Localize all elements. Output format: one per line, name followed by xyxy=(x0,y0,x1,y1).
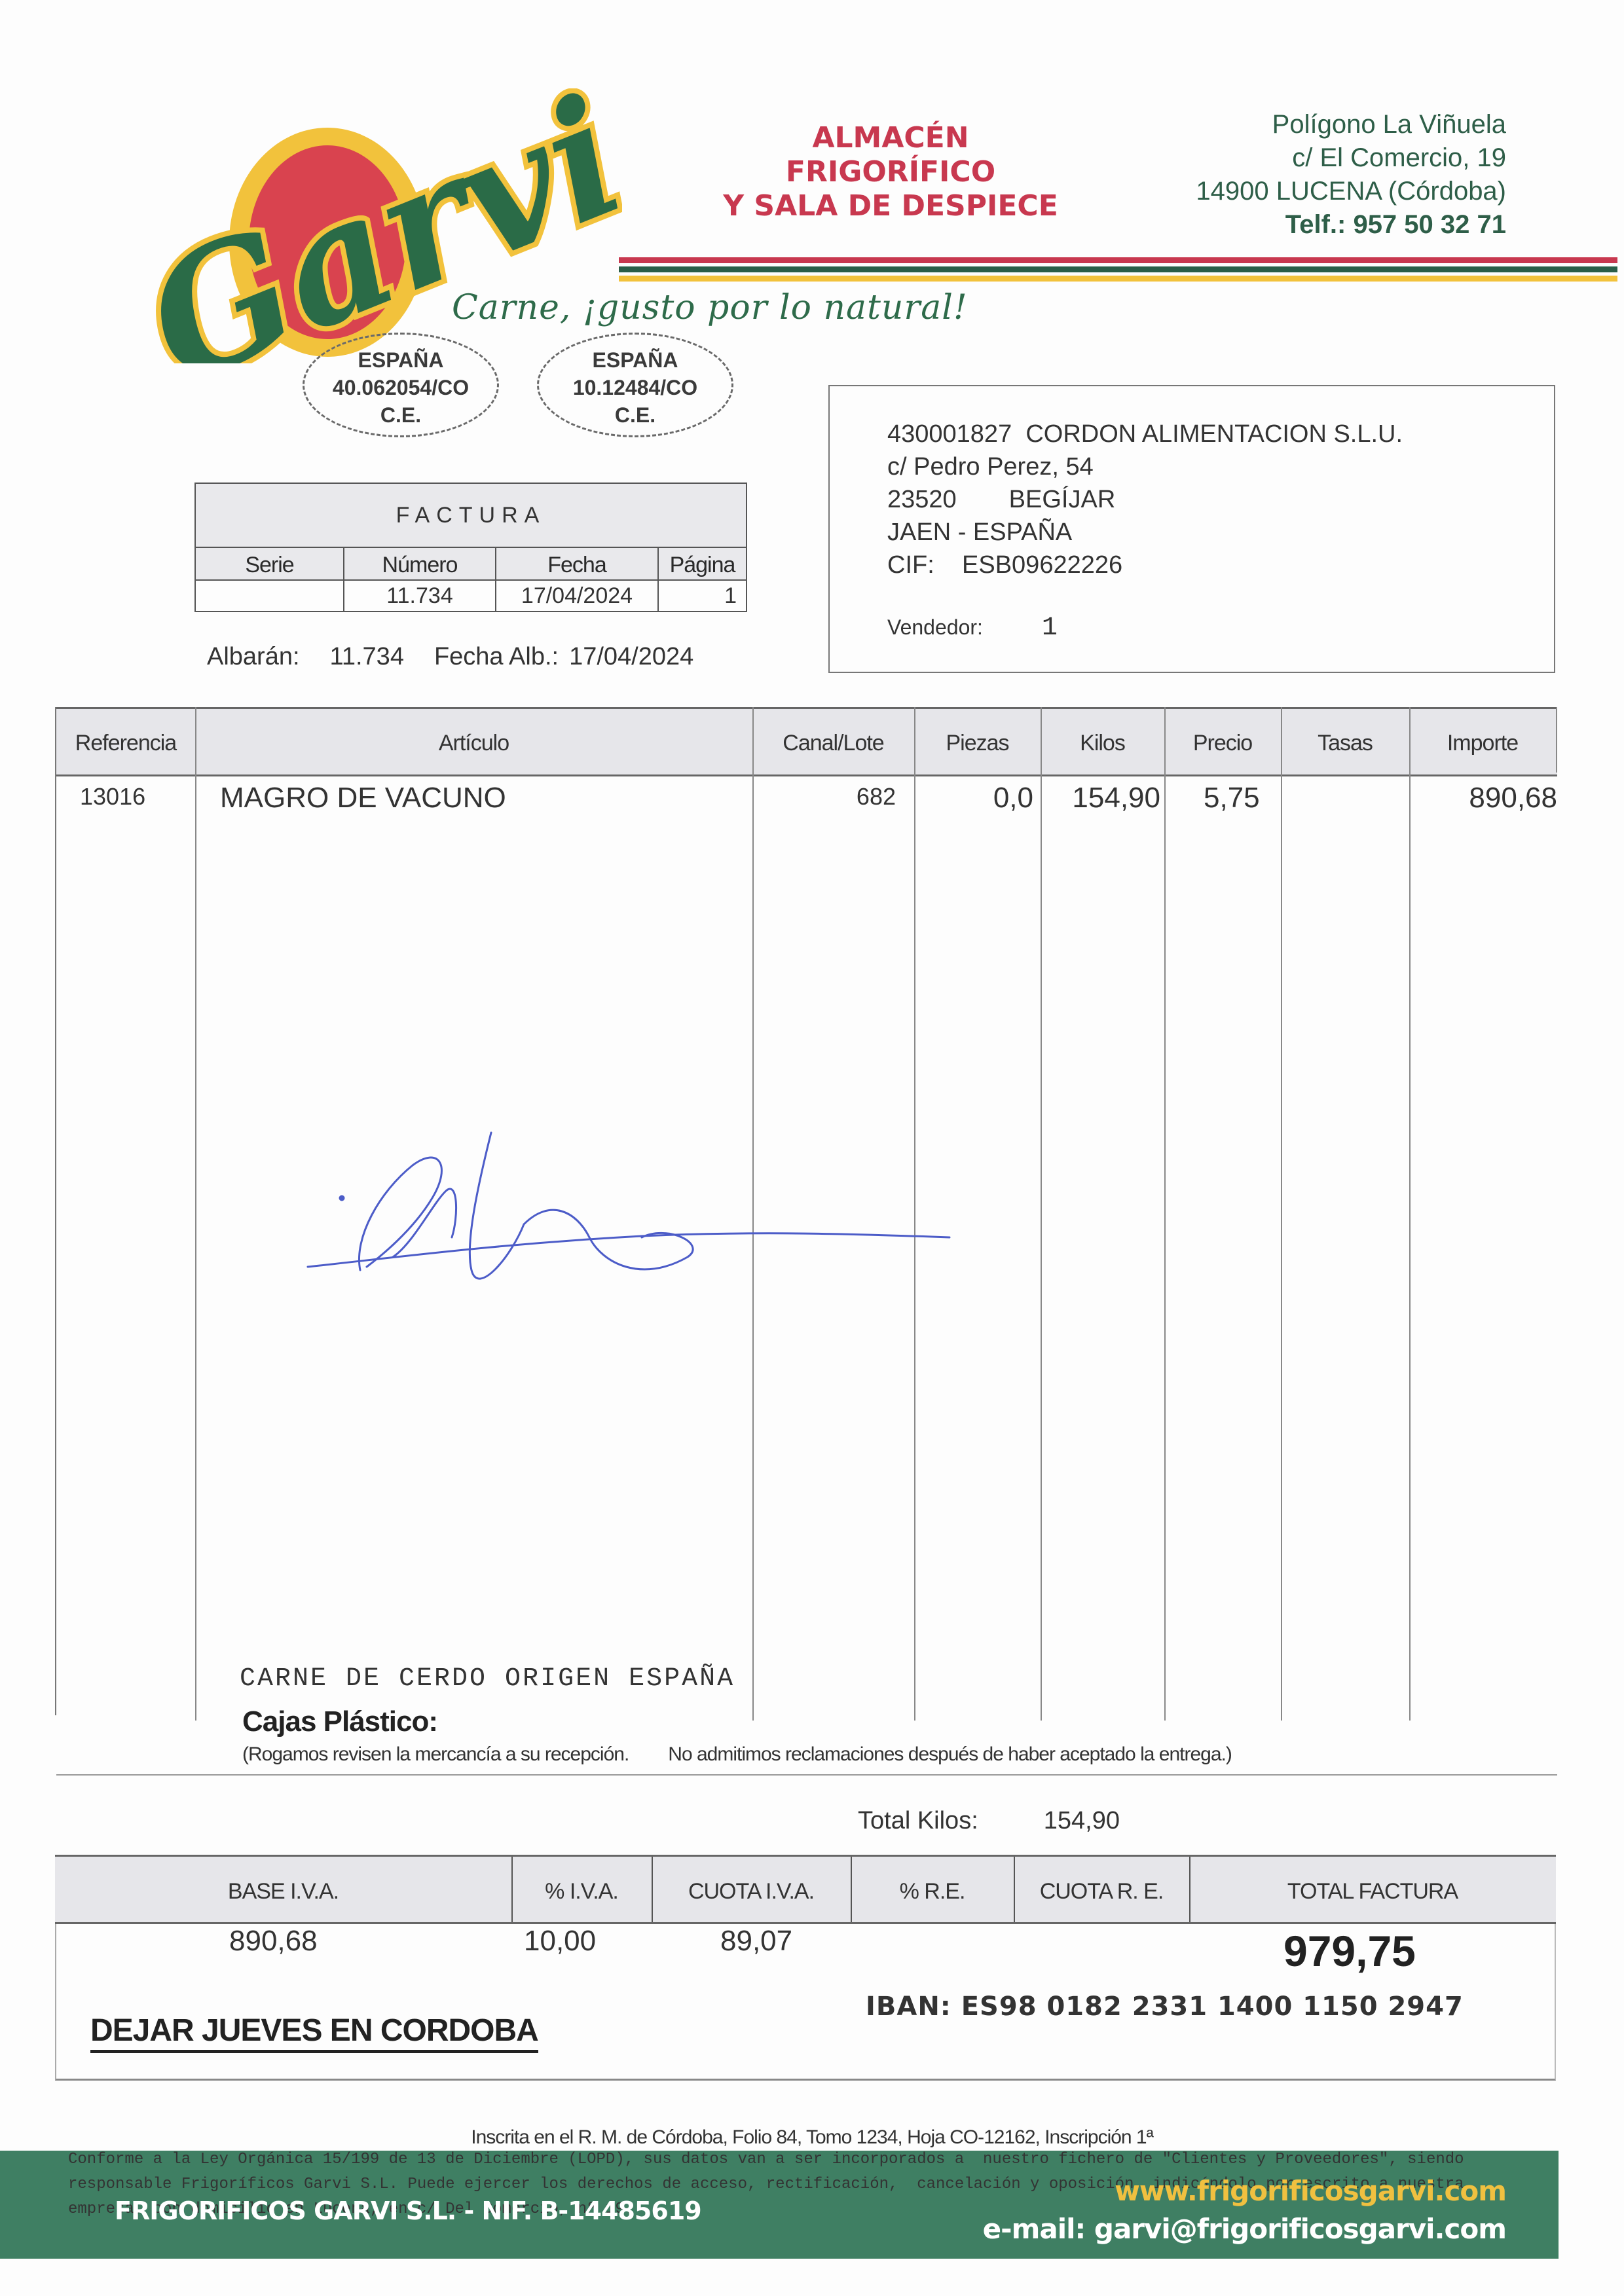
col-canal-lote: Canal/Lote xyxy=(752,731,914,756)
col-kilos: Kilos xyxy=(1041,731,1164,756)
total-factura-value: 979,75 xyxy=(1283,1926,1416,1976)
invoice-serie xyxy=(196,581,344,611)
client-name: CORDON ALIMENTACION S.L.U. xyxy=(1025,420,1403,448)
pct-iva-value: 10,00 xyxy=(524,1925,596,1958)
col-cuota-iva: CUOTA I.V.A. xyxy=(652,1879,851,1904)
total-kilos-value: 154,90 xyxy=(1044,1807,1120,1834)
column-divider xyxy=(1409,707,1411,1721)
col-pct-iva: % I.V.A. xyxy=(511,1879,652,1904)
column-divider xyxy=(1556,707,1557,773)
base-iva-value: 890,68 xyxy=(229,1925,318,1958)
col-total-factura: TOTAL FACTURA xyxy=(1189,1879,1556,1904)
cell-kilos: 154,90 xyxy=(1072,782,1160,814)
tax-summary-table: BASE I.V.A. % I.V.A. CUOTA I.V.A. % R.E.… xyxy=(55,1855,1556,1924)
header-stripe-green xyxy=(619,266,1617,272)
vendedor-number: 1 xyxy=(1042,613,1058,643)
invoice-id-box: FACTURA Serie Número Fecha Página 11.734… xyxy=(194,483,747,612)
column-divider xyxy=(1164,707,1166,1721)
invoice-number: 11.734 xyxy=(344,581,496,611)
invoice-date: 17/04/2024 xyxy=(496,581,659,611)
company-nif: FRIGORIFICOS GARVI S.L. - NIF. B-1448561… xyxy=(115,2196,701,2225)
col-cuota-re: CUOTA R. E. xyxy=(1014,1879,1189,1904)
header-pagina: Página xyxy=(659,548,746,581)
header-stripe-yellow xyxy=(619,276,1617,282)
invoice-title: FACTURA xyxy=(196,484,746,548)
iban: IBAN: ES98 0182 2331 1400 1150 2947 xyxy=(866,1992,1464,2022)
invoice-page: 1 xyxy=(659,581,746,611)
cajas-plastico-label: Cajas Plástico: xyxy=(242,1705,437,1738)
client-postal-code: 23520 xyxy=(887,486,957,513)
total-kilos: Total Kilos:154,90 xyxy=(858,1807,1120,1835)
col-referencia: Referencia xyxy=(56,731,195,756)
items-table-bottom-border xyxy=(56,1774,1557,1776)
delivery-note-info: Albarán:11.734Fecha Alb.:17/04/2024 xyxy=(207,643,724,671)
col-pct-re: % R.E. xyxy=(851,1879,1014,1904)
header-serie: Serie xyxy=(196,548,344,581)
issuer-phone: Telf.: 957 50 32 71 xyxy=(1113,208,1506,242)
cell-canal-lote: 682 xyxy=(857,783,896,811)
col-base-iva: BASE I.V.A. xyxy=(55,1879,511,1904)
delivery-instruction: DEJAR JUEVES EN CORDOBA xyxy=(90,2013,538,2053)
email-link[interactable]: e-mail: garvi@frigorificosgarvi.com xyxy=(917,2213,1506,2245)
tax-summary-header: BASE I.V.A. % I.V.A. CUOTA I.V.A. % R.E.… xyxy=(55,1855,1556,1924)
column-divider xyxy=(195,707,196,1721)
col-articulo: Artículo xyxy=(195,731,752,756)
cell-piezas: 0,0 xyxy=(993,782,1033,814)
cell-precio: 5,75 xyxy=(1204,782,1260,814)
cell-articulo: MAGRO DE VACUNO xyxy=(220,782,506,814)
client-code: 430001827 xyxy=(887,420,1012,448)
cell-importe: 890,68 xyxy=(1469,782,1557,814)
origin-note: CARNE DE CERDO ORIGEN ESPAÑA xyxy=(240,1664,735,1694)
issuer-address: Polígono La Viñuela c/ El Comercio, 19 1… xyxy=(1113,108,1506,242)
client-city: BEGÍJAR xyxy=(1009,486,1116,513)
col-tasas: Tasas xyxy=(1281,731,1409,756)
albaran-date: 17/04/2024 xyxy=(569,643,693,670)
reception-disclaimer: (Rogamos revisen la mercancía a su recep… xyxy=(242,1743,1232,1766)
cuota-iva-value: 89,07 xyxy=(720,1925,792,1958)
client-box: 430001827 CORDON ALIMENTACION S.L.U. c/ … xyxy=(828,385,1555,673)
cell-referencia: 13016 xyxy=(80,783,145,811)
header-numero: Número xyxy=(344,548,496,581)
albaran-number: 11.734 xyxy=(330,643,404,670)
header-stripe-red xyxy=(619,257,1617,263)
col-importe: Importe xyxy=(1409,731,1556,756)
column-divider xyxy=(1041,707,1042,1721)
column-divider xyxy=(1281,707,1282,1721)
handwritten-signature xyxy=(301,1126,956,1322)
header-fecha: Fecha xyxy=(496,548,659,581)
website-link[interactable]: www.frigorificosgarvi.com xyxy=(1048,2175,1506,2207)
client-street: c/ Pedro Perez, 54 xyxy=(887,450,1554,483)
client-region: JAEN - ESPAÑA xyxy=(887,516,1554,549)
sanitary-stamp: ESPAÑA 10.12484/CO C.E. xyxy=(537,333,733,437)
brand-tagline: Carne, ¡gusto por lo natural! xyxy=(452,288,968,327)
company-activity: ALMACÉN FRIGORÍFICO Y SALA DE DESPIECE xyxy=(720,121,1061,223)
client-cif: ESB09622226 xyxy=(962,551,1122,579)
col-precio: Precio xyxy=(1164,731,1281,756)
col-piezas: Piezas xyxy=(914,731,1041,756)
table-row: 13016 MAGRO DE VACUNO 682 0,0 154,90 5,7… xyxy=(56,775,1557,821)
sanitary-stamp: ESPAÑA 40.062054/CO C.E. xyxy=(303,333,499,437)
